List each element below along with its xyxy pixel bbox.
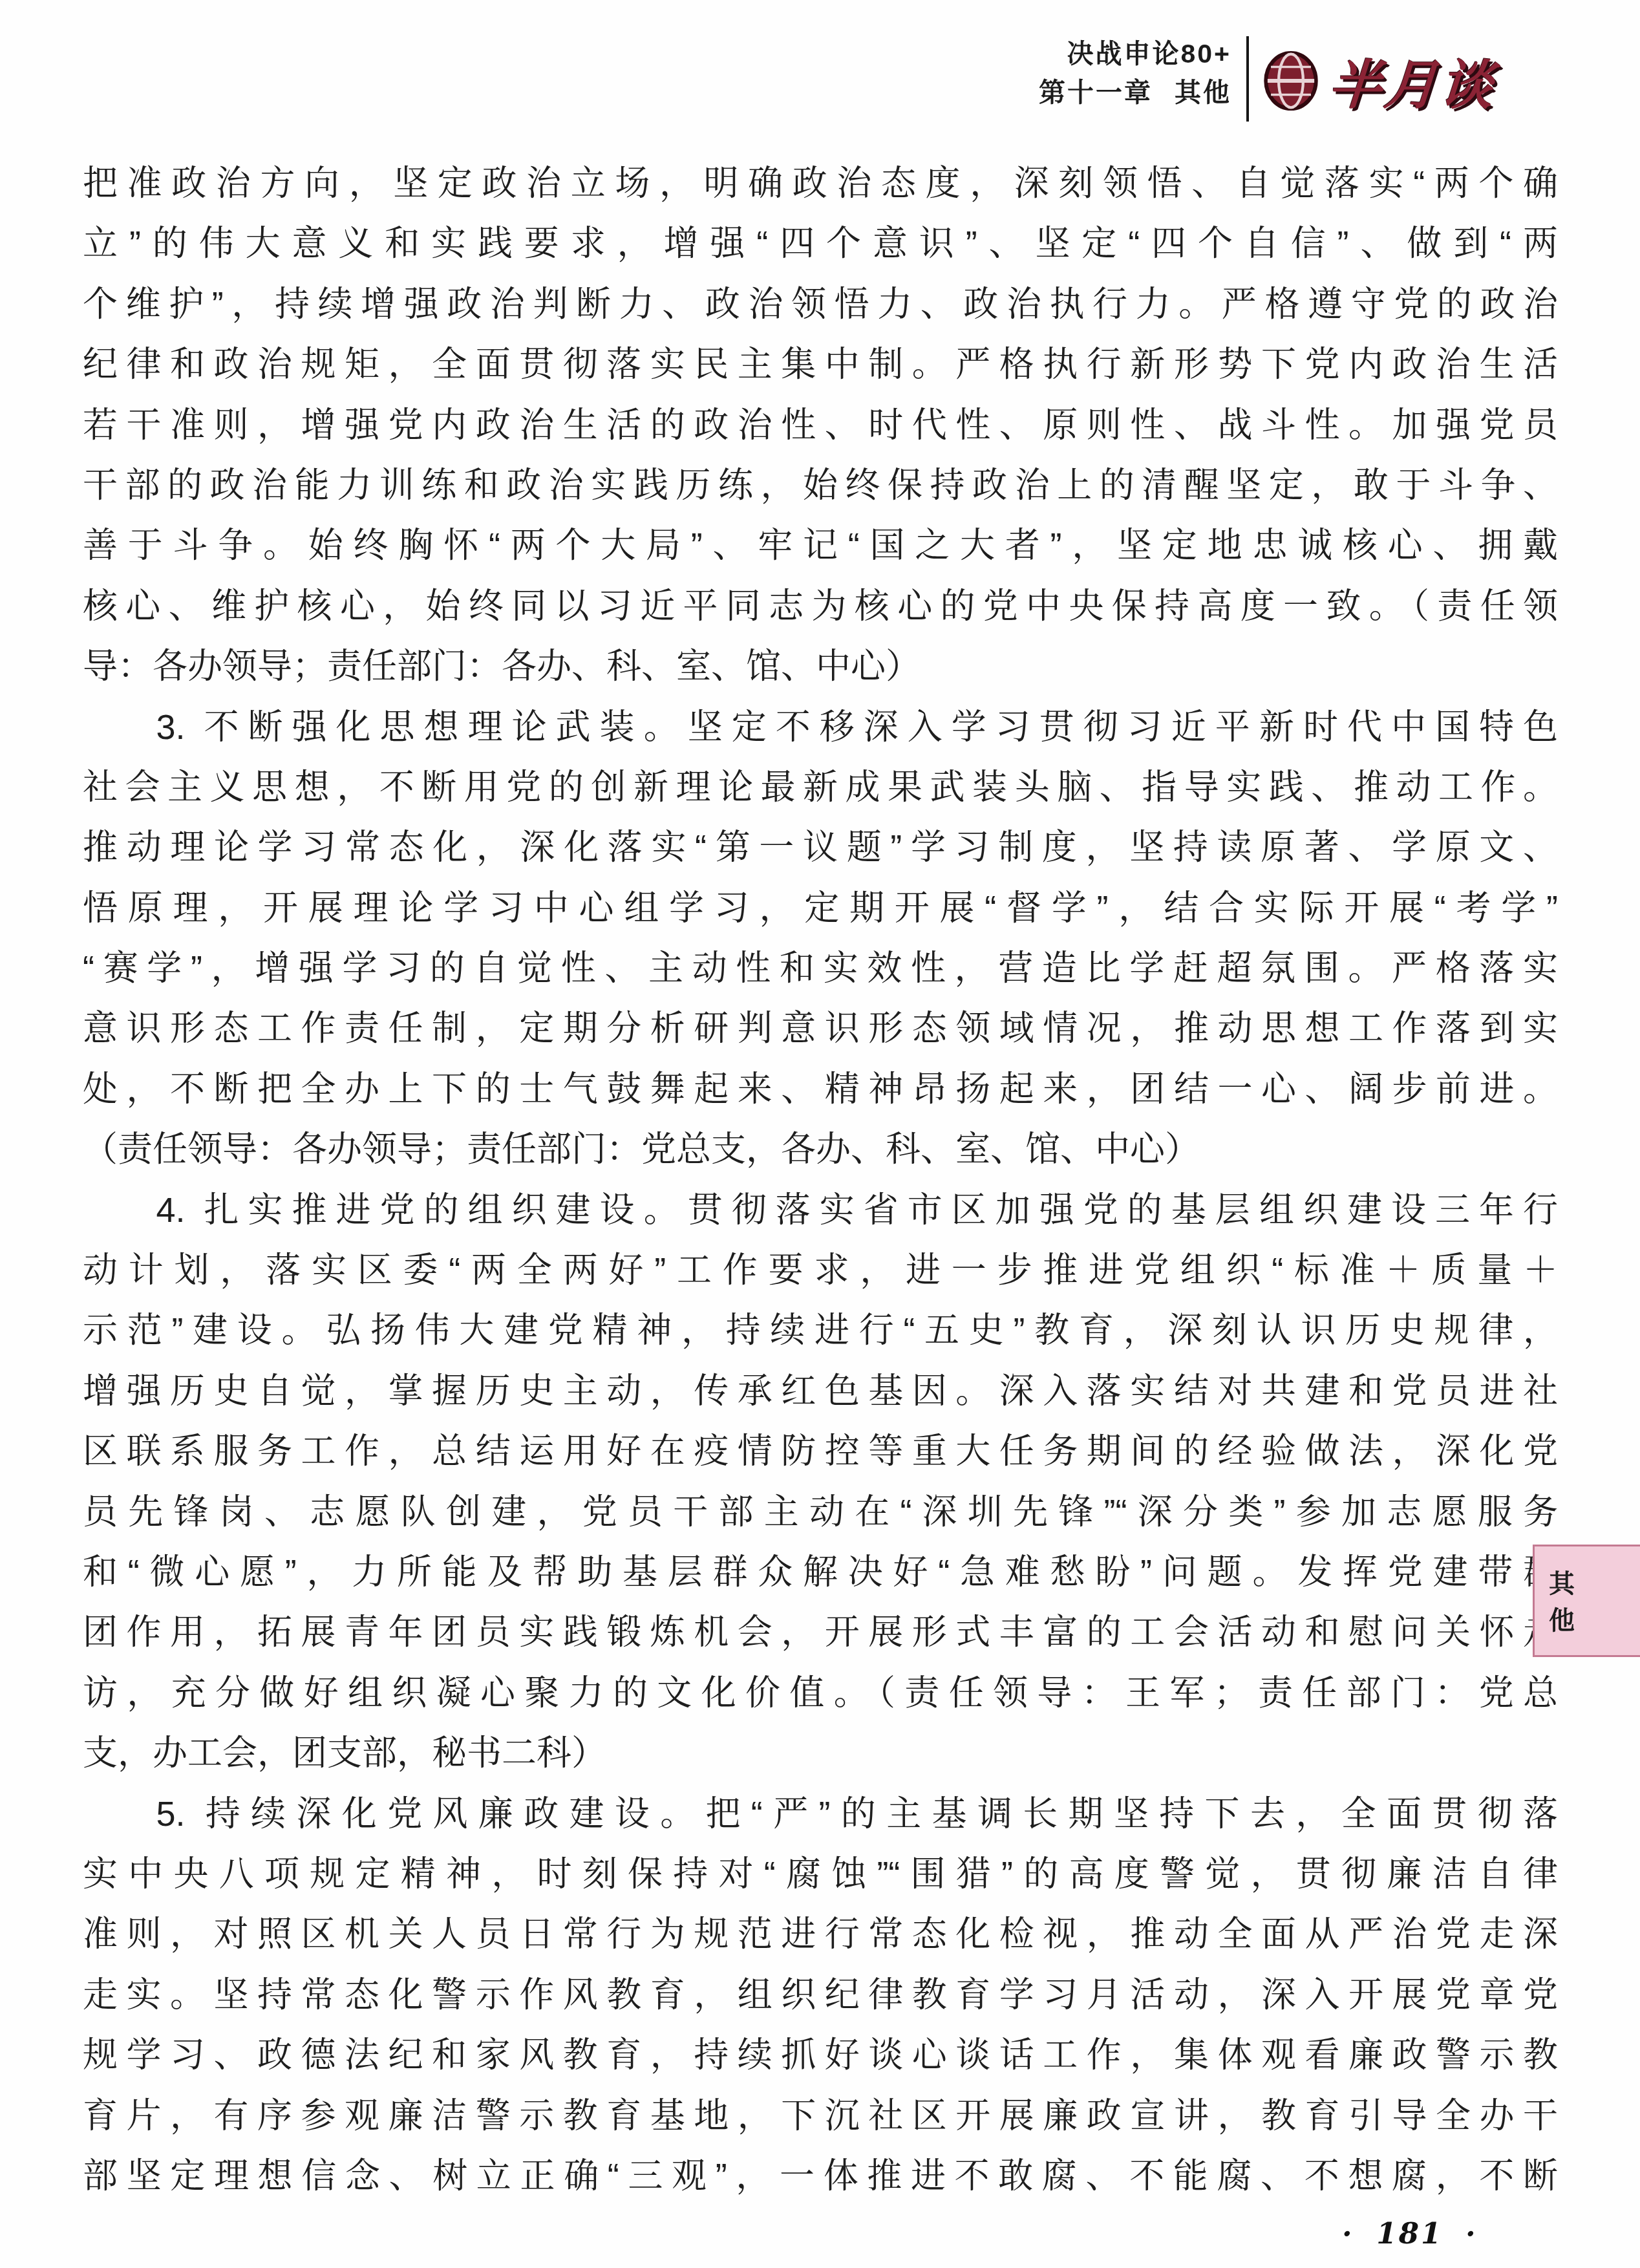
chapter-line: 第十一章其他 xyxy=(960,75,1231,110)
text-line: 推动理论学习常态化，深化落实“第一议题”学习制度，坚持读原著、学原文、 xyxy=(83,818,1558,878)
text-line: 社会主义思想，不断用党的创新理论最新成果武装头脑、指导实践、推动工作。 xyxy=(83,758,1558,818)
text-line: 员先锋岗、志愿队创建，党员干部主动在“深圳先锋”“深分类”参加志愿服务 xyxy=(83,1482,1558,1543)
text-line: 支，办工会，团支部，秘书二科） xyxy=(83,1724,1558,1784)
text-line: 3. 不断强化思想理论武装。坚定不移深入学习贯彻习近平新时代中国特色 xyxy=(83,698,1558,758)
chapter-title: 其他 xyxy=(1175,78,1231,107)
text-line: （责任领导：各办领导；责任部门：党总支，各办、科、室、馆、中心） xyxy=(83,1120,1558,1180)
text-line: 意识形态工作责任制，定期分析研判意识形态领域情况，推动思想工作落到实 xyxy=(83,999,1558,1059)
page-number: · 181 · xyxy=(1342,2216,1478,2251)
text-line: 和“微心愿”，力所能及帮助基层群众解决好“急难愁盼”问题。发挥党建带群 xyxy=(83,1543,1558,1603)
text-line: 纪律和政治规矩，全面贯彻落实民主集中制。严格执行新形势下党内政治生活 xyxy=(83,335,1558,395)
text-line: 团作用，拓展青年团员实践锻炼机会，开展形式丰富的工会活动和慰问关怀走 xyxy=(83,1603,1558,1663)
text-line: 部坚定理想信念、树立正确“三观”，一体推进不敢腐、不能腐、不想腐，不断 xyxy=(83,2146,1558,2207)
text-line: 4. 扎实推进党的组织建设。贯彻落实省市区加强党的基层组织建设三年行 xyxy=(83,1181,1558,1241)
text-line: 立”的伟大意义和实践要求，增强“四个意识”、坚定“四个自信”、做到“两 xyxy=(83,214,1558,274)
text-line: 核心、维护核心，始终同以习近平同志为核心的党中央保持高度一致。（责任领 xyxy=(83,577,1558,637)
text-line: 悟原理，开展理论学习中心组学习，定期开展“督学”，结合实际开展“考学” xyxy=(83,879,1558,939)
text-line: 增强历史自觉，掌握历史主动，传承红色基因。深入落实结对共建和党员进社 xyxy=(83,1362,1558,1422)
text-line: 实中央八项规定精神，时刻保持对“腐蚀”“围猎”的高度警觉，贯彻廉洁自律 xyxy=(83,1845,1558,1905)
text-line: 干部的政治能力训练和政治实践历练，始终保持政治上的清醒坚定，敢于斗争、 xyxy=(83,456,1558,516)
text-line: 5. 持续深化党风廉政建设。把“严”的主基调长期坚持下去，全面贯彻落 xyxy=(83,1784,1558,1845)
text-line: 若干准则，增强党内政治生活的政治性、时代性、原则性、战斗性。加强党员 xyxy=(83,396,1558,456)
text-line: 处，不断把全办上下的士气鼓舞起来、精神昂扬起来，团结一心、阔步前进。 xyxy=(83,1060,1558,1120)
text-line: 区联系服务工作，总结运用好在疫情防控等重大任务期间的经验做法，深化党 xyxy=(83,1422,1558,1482)
text-line: “赛学”，增强学习的自觉性、主动性和实效性，营造比学赶超氛围。严格落实 xyxy=(83,939,1558,999)
side-tab-char: 他 xyxy=(1549,1603,1640,1640)
logo-text: 半月谈 xyxy=(1326,43,1498,119)
text-line: 善于斗争。始终胸怀“两个大局”、牢记“国之大者”，坚定地忠诚核心、拥戴 xyxy=(83,516,1558,576)
text-line: 示范”建设。弘扬伟大建党精神，持续进行“五史”教育，深刻认识历史规律， xyxy=(83,1301,1558,1361)
body-text: 把准政治方向，坚定政治立场，明确政治态度，深刻领悟、自觉落实“两个确立”的伟大意… xyxy=(83,154,1558,2207)
text-line: 准则，对照区机关人员日常行为规范进行常态化检视，推动全面从严治党走深 xyxy=(83,1905,1558,1965)
chapter-number: 第十一章 xyxy=(1039,78,1153,107)
header-divider xyxy=(1246,36,1249,122)
page-header: 决战申论80+ 第十一章其他 xyxy=(960,36,1231,110)
series-title: 决战申论80+ xyxy=(960,36,1231,71)
side-tab-char: 其 xyxy=(1549,1566,1640,1603)
globe-icon xyxy=(1263,50,1319,112)
chapter-side-tab: 其 他 xyxy=(1533,1545,1640,1657)
text-line: 动计划，落实区委“两全两好”工作要求，进一步推进党组织“标准＋质量＋ xyxy=(83,1241,1558,1301)
text-line: 规学习、政德法纪和家风教育，持续抓好谈心谈话工作，集体观看廉政警示教 xyxy=(83,2026,1558,2086)
text-line: 育片，有序参观廉洁警示教育基地，下沉社区开展廉政宣讲，教育引导全办干 xyxy=(83,2086,1558,2146)
banyuetan-logo: 半月谈 xyxy=(1263,45,1496,116)
text-line: 个维护”，持续增强政治判断力、政治领悟力、政治执行力。严格遵守党的政治 xyxy=(83,275,1558,335)
text-line: 把准政治方向，坚定政治立场，明确政治态度，深刻领悟、自觉落实“两个确 xyxy=(83,154,1558,214)
text-line: 导：各办领导；责任部门：各办、科、室、馆、中心） xyxy=(83,637,1558,697)
text-line: 访，充分做好组织凝心聚力的文化价值。（责任领导：王军；责任部门：党总 xyxy=(83,1664,1558,1724)
text-line: 走实。坚持常态化警示作风教育，组织纪律教育学习月活动，深入开展党章党 xyxy=(83,1965,1558,2026)
